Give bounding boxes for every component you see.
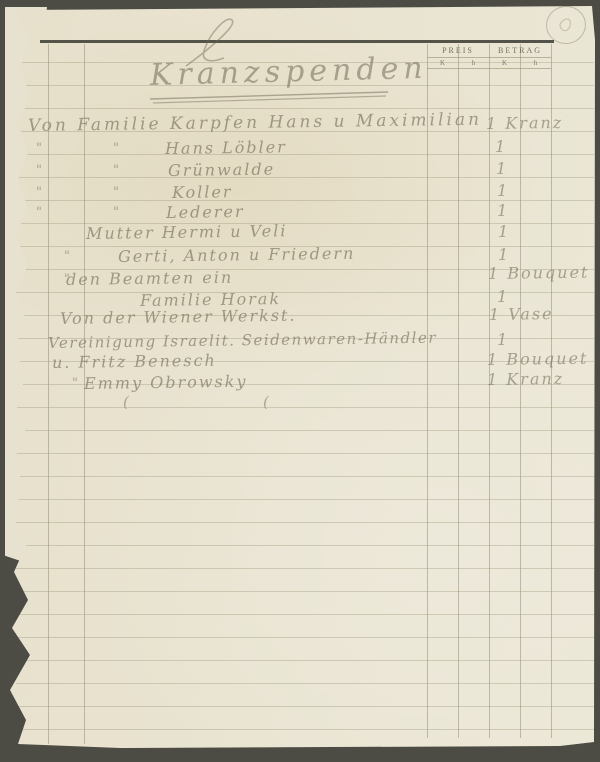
entry-amount: 1 (497, 201, 509, 220)
subcolumn-label-k: K (489, 59, 520, 67)
entry-amount: 1 (497, 330, 509, 349)
ledger-page: PREIS BETRAG K h K h Kranzspenden Von Fa… (0, 0, 600, 762)
subcolumn-label-h: h (520, 59, 551, 67)
ledger-entry: Emmy Obrowsky (84, 372, 248, 393)
ledger-entry: Grünwalde (168, 160, 275, 180)
entry-amount: 1 (496, 159, 508, 178)
table-column-line (489, 44, 490, 738)
ditto-mark: " (36, 141, 42, 156)
entry-amount: 1 Bouquet (487, 349, 589, 369)
ditto-mark: " (113, 141, 119, 156)
ledger-entry: Lederer (166, 202, 245, 222)
entry-amount: 1 (498, 222, 510, 241)
margin-line-left (48, 44, 49, 744)
entry-amount: 1 (498, 245, 510, 264)
subcolumn-label-k: K (427, 59, 458, 67)
header-line (427, 68, 551, 69)
entry-amount: 1 Kranz (486, 113, 563, 133)
ledger-entry: Mutter Hermi u Veli (86, 221, 288, 243)
ledger-entry: Koller (172, 182, 233, 202)
table-column-line (458, 44, 459, 738)
preis-column-header: PREIS (427, 46, 489, 55)
table-column-line (520, 44, 521, 738)
betrag-column-header: BETRAG (489, 46, 551, 55)
header-thick-rule (40, 40, 554, 43)
ledger-entry: Hans Löbler (165, 137, 287, 158)
entry-amount: 1 (497, 287, 509, 306)
ledger-entry: Gerti, Anton u Friedern (118, 244, 356, 266)
table-column-line (427, 44, 428, 738)
ditto-mark: " (64, 249, 70, 264)
ditto-mark: " (72, 376, 78, 391)
table-column-line (551, 44, 552, 738)
entry-amount: 1 Bouquet (488, 263, 590, 283)
ditto-mark: " (113, 185, 119, 200)
ditto-mark: " (36, 163, 42, 178)
entry-amount: 1 Vase (489, 304, 554, 324)
ledger-entry: Von der Wiener Werkst. (60, 306, 297, 328)
subcolumn-label-h: h (458, 59, 489, 67)
scanned-document-background: PREIS BETRAG K h K h Kranzspenden Von Fa… (0, 0, 600, 762)
flourish-mark: ( (123, 393, 129, 411)
entry-amount: 1 Kranz (487, 369, 564, 389)
entry-amount: 1 (497, 181, 509, 200)
ditto-mark: " (36, 205, 42, 220)
ditto-mark: " (36, 185, 42, 200)
header-line (427, 57, 551, 58)
ditto-mark: " (113, 205, 119, 220)
flourish-mark: ( (263, 393, 269, 411)
ledger-entry: u. Fritz Benesch (52, 351, 217, 372)
margin-line-right (84, 44, 85, 744)
page-title: Kranzspenden (150, 51, 429, 93)
ditto-mark: " (113, 163, 119, 178)
ledger-entry: den Beamten ein (66, 268, 233, 289)
entry-amount: 1 (495, 137, 507, 156)
